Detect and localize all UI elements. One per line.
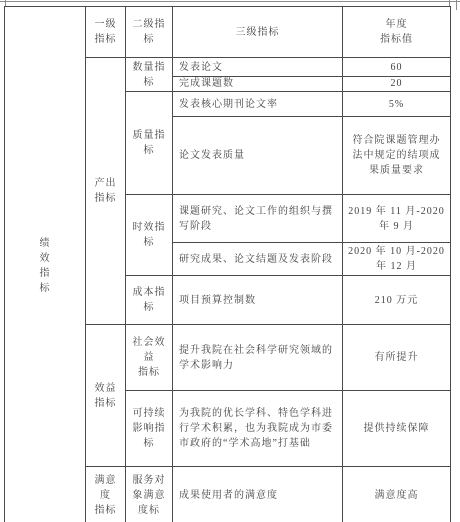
header-level1-indicator: 一级 指标 [86, 7, 126, 58]
level3-indicator-cell: 课题研究、论文工作的组织与撰写阶段 [173, 195, 343, 243]
header-annual-value: 年度 指标值 [343, 7, 451, 58]
level3-indicator-cell: 为我院的优长学科、特色学科进行学术积累，也为我院成为市委市政府的“学术高地”打基… [173, 391, 343, 467]
level2-sustainability-indicator: 可持续 影响指 标 [126, 391, 173, 467]
annual-value-cell: 满意度高 [343, 467, 451, 522]
annual-value-cell: 20 [343, 77, 451, 92]
level3-indicator-cell: 论文发表质量 [173, 117, 343, 195]
annual-value-cell: 210 万元 [343, 276, 451, 325]
level1-output-indicator: 产出 指标 [86, 58, 126, 325]
level3-indicator-cell: 研究成果、论文结题及发表阶段 [173, 243, 343, 276]
level2-social-benefit-indicator: 社会效 益 指标 [126, 325, 173, 391]
group-label-cell: 绩 效 指 标 [5, 7, 86, 522]
annual-value-cell: 5% [343, 92, 451, 117]
scanned-document-page: 绩 效 指 标 一级 指标 二级指 标 三级指标 年度 指标值 产出 指标 数量… [0, 0, 460, 522]
level2-service-satisfaction-indicator: 服务对 象满意 度标 [126, 467, 173, 522]
level3-indicator-cell: 项目预算控制数 [173, 276, 343, 325]
annual-value-cell: 2020 年 10 月-2020 年 12 月 [343, 243, 451, 276]
level2-cost-indicator: 成本指 标 [126, 276, 173, 325]
level1-benefit-indicator: 效益 指标 [86, 325, 126, 467]
page-crop-top-line [0, 1, 460, 2]
page-crop-stub-right-edge [456, 0, 457, 10]
level3-indicator-cell: 发表论文 [173, 58, 343, 77]
header-level2-indicator: 二级指 标 [126, 7, 173, 58]
level2-quality-indicator: 质量指 标 [126, 92, 173, 195]
level3-indicator-cell: 提升我院在社会科学研究领域的学术影响力 [173, 325, 343, 391]
annual-value-cell: 60 [343, 58, 451, 77]
level2-timeliness-indicator: 时效指 标 [126, 195, 173, 276]
level3-indicator-cell: 完成课题数 [173, 77, 343, 92]
annual-value-cell: 2019 年 11 月-2020 年 9 月 [343, 195, 451, 243]
annual-value-cell: 有所提升 [343, 325, 451, 391]
level3-indicator-cell: 成果使用者的满意度 [173, 467, 343, 522]
annual-value-cell: 符合院课题管理办 法中规定的结项成 果质量要求 [343, 117, 451, 195]
header-level3-indicator: 三级指标 [173, 7, 343, 58]
performance-indicator-table: 绩 效 指 标 一级 指标 二级指 标 三级指标 年度 指标值 产出 指标 数量… [4, 6, 451, 522]
level3-indicator-cell: 发表核心期刊论文率 [173, 92, 343, 117]
level1-satisfaction-indicator: 满意 度 指标 [86, 467, 126, 522]
annual-value-cell: 提供持续保障 [343, 391, 451, 467]
level2-quantity-indicator: 数量指 标 [126, 58, 173, 92]
